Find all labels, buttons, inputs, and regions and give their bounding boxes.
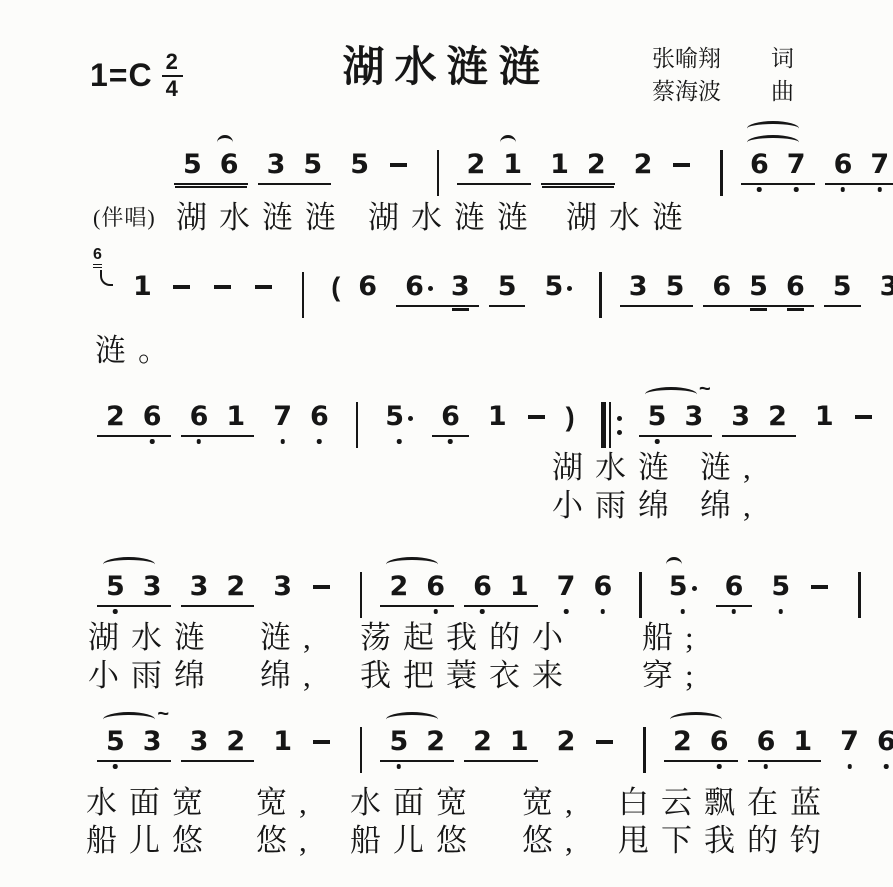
wave-ornament: ~ — [157, 703, 169, 726]
note: 1 — [503, 150, 522, 180]
note: 3 — [684, 402, 703, 432]
note-number: 6 — [190, 401, 209, 432]
note-number: 2 — [426, 726, 445, 757]
note: 5 — [669, 572, 697, 602]
note-number: 3 — [143, 726, 162, 757]
note: 5 — [666, 272, 685, 302]
grace-note-number: 6 — [93, 246, 102, 265]
note: 2 — [768, 402, 787, 432]
beam-group: 35 — [258, 150, 332, 185]
dash-note — [673, 150, 690, 180]
low-octave-dot — [448, 439, 453, 444]
low-octave-dot — [764, 764, 769, 769]
note: 2 — [473, 727, 492, 757]
note: 5 — [833, 272, 852, 302]
slur-arc — [386, 712, 438, 727]
low-octave-dot — [680, 609, 685, 614]
lyric-seg: 涟, — [700, 450, 763, 486]
note-number: 3 — [731, 401, 750, 432]
lyric-seg: 涟, — [260, 620, 323, 656]
note: 6 — [405, 272, 433, 302]
beam-group: 61 — [748, 727, 822, 762]
parenthesis: ( — [331, 272, 340, 302]
note: 7 — [870, 150, 889, 180]
note: 6 — [710, 727, 729, 757]
measure: 266176 — [659, 727, 893, 762]
score-line: 61(663553565653涟。 — [0, 272, 893, 318]
note-number: 1 — [815, 401, 834, 432]
notes-row: 53323266176565 — [88, 572, 893, 618]
note-number: 2 — [226, 726, 245, 757]
lyricist-credit: 张喻翔 词 — [652, 42, 794, 75]
note: 7 — [557, 572, 576, 602]
slur-arc: ~ — [645, 387, 697, 402]
lyric-seg: 宽, — [256, 785, 319, 821]
parenthesis: ) — [566, 402, 575, 432]
extra-underline — [452, 308, 469, 311]
extra-underline — [750, 308, 767, 311]
note-number: 5 — [350, 149, 369, 180]
note-number: 7 — [840, 726, 859, 757]
note: 5 — [498, 272, 517, 302]
note-number: 7 — [557, 571, 576, 602]
lyric-seg: 湖水涟涟 — [176, 200, 348, 236]
beam-group: 21 — [457, 150, 531, 185]
note-number: 7 — [870, 149, 889, 180]
note: 5 — [350, 150, 369, 180]
grace-note-hook — [100, 270, 113, 286]
note-number: 5 — [669, 571, 688, 602]
beam-group: 35 — [620, 272, 694, 307]
note-number: 3 — [190, 571, 209, 602]
barline — [360, 727, 363, 773]
note: 5 — [389, 727, 408, 757]
beam-group: 5 — [376, 402, 422, 435]
slur-arc — [103, 557, 155, 572]
lyric-seg: 穿; — [642, 658, 706, 694]
note-number: 3 — [190, 726, 209, 757]
note: 1 — [815, 402, 834, 432]
note: 3 — [190, 572, 209, 602]
note: 5 — [771, 572, 790, 602]
measure: 565 — [655, 572, 845, 607]
measure: 3565653 — [615, 272, 893, 307]
note-number: 6 — [473, 571, 492, 602]
note: 2 — [426, 727, 445, 757]
low-octave-dot — [397, 439, 402, 444]
note-number: 5 — [544, 271, 563, 302]
key-signature: 1=C 2 4 — [90, 50, 183, 101]
note-number: 3 — [629, 271, 648, 302]
measure: 53321~ — [92, 727, 347, 762]
note: 1 — [793, 727, 812, 757]
barline — [720, 150, 723, 196]
measure: 56355 — [169, 150, 424, 185]
note: 5 — [106, 572, 125, 602]
beam-group: 2 — [548, 727, 626, 760]
barline — [360, 572, 363, 618]
dash-note — [173, 272, 190, 302]
measure: 561) — [371, 402, 588, 437]
barline — [599, 272, 602, 318]
low-octave-dot — [150, 439, 155, 444]
note: 3 — [267, 150, 286, 180]
augmentation-dot — [692, 586, 697, 591]
note-number: 1 — [793, 726, 812, 757]
note: 6 — [358, 272, 377, 302]
note: 1 — [226, 402, 245, 432]
note: 3 — [143, 727, 162, 757]
note: 5 — [749, 272, 768, 302]
low-octave-dot — [717, 764, 722, 769]
beam-group: 56 — [174, 150, 248, 185]
slur-arc — [670, 712, 722, 727]
measure: 1 — [119, 272, 289, 305]
note: 2 — [673, 727, 692, 757]
notes-row: 266176561)53321~ — [88, 402, 893, 448]
note: 3 — [273, 572, 292, 602]
beam-group: 67 — [825, 150, 893, 185]
low-octave-dot — [433, 609, 438, 614]
note: 5 — [544, 272, 572, 302]
note-number: 6 — [710, 726, 729, 757]
note: 5 — [106, 727, 125, 757]
note: 3 — [629, 272, 648, 302]
low-octave-dot — [732, 609, 737, 614]
note-number: 6 — [441, 401, 460, 432]
note: 5 — [385, 402, 413, 432]
note-number: 3 — [273, 571, 292, 602]
barline — [437, 150, 440, 196]
score-line: 53321~52212266176水面宽宽,水面宽宽,白云飘在蓝船儿悠悠,船儿悠… — [0, 727, 893, 773]
beam-group: 6 — [432, 402, 469, 437]
note-number: 2 — [389, 571, 408, 602]
lyric-seg: (伴唱) — [93, 200, 156, 236]
beam-group: 3 — [264, 572, 342, 605]
note-number: 3 — [451, 271, 470, 302]
low-octave-dot — [655, 439, 660, 444]
note-number: 6 — [750, 149, 769, 180]
lyric-seg: 白云飘在蓝 — [618, 785, 833, 821]
beam-group: 67 — [741, 150, 815, 185]
beam-group: 12 — [541, 150, 615, 185]
low-octave-dot — [480, 609, 485, 614]
note-number: 2 — [226, 571, 245, 602]
low-octave-dot — [280, 439, 285, 444]
beam-group: 76 — [548, 572, 622, 605]
low-octave-dot — [564, 609, 569, 614]
augmentation-dot — [408, 416, 413, 421]
lyric-seg: 水面宽 — [86, 785, 215, 821]
note-number: 2 — [473, 726, 492, 757]
note: 1 — [488, 402, 507, 432]
beam-group: 26 — [97, 402, 171, 437]
slur-arc — [747, 135, 799, 150]
note: 6 — [757, 727, 776, 757]
dash-note — [596, 727, 613, 757]
augmentation-dot — [428, 286, 433, 291]
time-signature-denominator: 4 — [162, 77, 183, 101]
barline — [858, 572, 861, 618]
lyricist-name: 张喻翔 — [652, 42, 721, 75]
note: 2 — [634, 150, 653, 180]
note: 6 — [786, 272, 805, 302]
note: 2 — [226, 572, 245, 602]
note: 6 — [190, 402, 209, 432]
lyric-seg: 我把蓑衣来 — [360, 658, 575, 694]
augmentation-dot — [567, 286, 572, 291]
beam-group: 63 — [396, 272, 479, 307]
lyricist-role: 词 — [771, 42, 794, 75]
low-octave-dot — [884, 764, 889, 769]
note: 5 — [183, 150, 202, 180]
note-number: 1 — [503, 149, 522, 180]
dash-note — [255, 272, 272, 302]
note: 5 — [303, 150, 322, 180]
beam-group: 5 — [341, 150, 419, 183]
sheet-music-page: 1=C 2 4 湖水涟涟 张喻翔 词 蔡海波 曲 563552112267677… — [0, 0, 893, 887]
note: 7 — [273, 402, 292, 432]
dash-note — [855, 402, 872, 432]
measure: 6767756 — [736, 150, 893, 185]
note-number: 1 — [226, 401, 245, 432]
note: 6 — [877, 727, 893, 757]
score-line: 53323266176565湖水涟涟,荡起我的小船;小雨绵绵,我把蓑衣来穿; — [0, 572, 893, 618]
note: 2 — [557, 727, 576, 757]
note: 3 — [143, 572, 162, 602]
note-number: 5 — [385, 401, 404, 432]
low-octave-dot — [317, 439, 322, 444]
note: 2 — [226, 727, 245, 757]
note-number: 6 — [143, 401, 162, 432]
note: 6 — [750, 150, 769, 180]
slur-arc — [666, 557, 682, 572]
dash-note — [214, 272, 231, 302]
lyric-seg: 宽, — [522, 785, 585, 821]
note-number: 5 — [648, 401, 667, 432]
low-octave-dot — [601, 609, 606, 614]
note: 3 — [190, 727, 209, 757]
beam-group: 52 — [380, 727, 454, 762]
low-octave-dot — [794, 187, 799, 192]
note-number: 3 — [880, 271, 893, 302]
beam-group: 2 — [625, 150, 703, 183]
note-number: 2 — [587, 149, 606, 180]
note-number: 2 — [466, 149, 485, 180]
note-number: 6 — [405, 271, 424, 302]
extra-underline — [787, 308, 804, 311]
beam-group: 1) — [479, 402, 584, 435]
note-number: 6 — [725, 571, 744, 602]
lyric-seg: 甩下我的钓 — [618, 823, 833, 859]
beam-group: 61 — [181, 402, 255, 437]
note-number: 2 — [673, 726, 692, 757]
note-number: 5 — [106, 571, 125, 602]
slur-arc: ~ — [103, 712, 155, 727]
note: 7 — [787, 150, 806, 180]
beam-group: 53 — [97, 727, 171, 762]
note-number: 5 — [771, 571, 790, 602]
note-number: 6 — [220, 149, 239, 180]
beam-group: 61 — [464, 572, 538, 607]
low-octave-dot — [113, 764, 118, 769]
wave-ornament: ~ — [699, 378, 711, 401]
lyric-seg: 湖水涟 — [552, 450, 681, 486]
slur-arc — [386, 557, 438, 572]
measure: 21122 — [452, 150, 707, 185]
lyric-seg: 船; — [642, 620, 706, 656]
lyric-seg: 小雨绵 — [88, 658, 217, 694]
composer-credit: 蔡海波 曲 — [652, 75, 794, 108]
repeat-sign — [601, 402, 622, 448]
note-number: 2 — [106, 401, 125, 432]
note-number: 3 — [684, 401, 703, 432]
note-number: 2 — [768, 401, 787, 432]
note: 3 — [731, 402, 750, 432]
note: 6 — [143, 402, 162, 432]
note: 6 — [310, 402, 329, 432]
song-title: 湖水涟涟 — [342, 34, 550, 94]
key-label: 1=C — [90, 57, 153, 94]
beam-group: 26 — [380, 572, 454, 607]
beam-group: 21 — [464, 727, 538, 762]
note: 6 — [473, 572, 492, 602]
note: 1 — [510, 727, 529, 757]
note-number: 2 — [634, 149, 653, 180]
note-number: 1 — [133, 271, 152, 302]
lyric-seg: 湖水涟涟 — [368, 200, 540, 236]
note-number: 6 — [310, 401, 329, 432]
lyric-seg: 悠, — [522, 823, 585, 859]
note-number: 5 — [303, 149, 322, 180]
note-number: 3 — [267, 149, 286, 180]
note-number: 5 — [833, 271, 852, 302]
low-octave-dot — [197, 439, 202, 444]
beam-group: 32 — [181, 727, 255, 762]
beam-group: 1 — [806, 402, 884, 435]
beam-group: 26 — [664, 727, 738, 762]
score-line: 266176561)53321~湖水涟涟,小雨绵绵, — [0, 402, 893, 448]
grace-note: 6 — [93, 246, 102, 268]
measure: 53321~ — [634, 402, 889, 437]
lyric-seg: 绵, — [700, 488, 763, 524]
note-number: 5 — [749, 271, 768, 302]
note-number: 3 — [143, 571, 162, 602]
note-number: 5 — [106, 726, 125, 757]
lyric-seg: 船儿悠 — [86, 823, 215, 859]
measure: (66355 — [317, 272, 586, 307]
grace-note-beam — [93, 267, 102, 269]
lyric-seg: 湖水涟 — [88, 620, 217, 656]
barline — [643, 727, 646, 773]
lyric-seg: 船儿悠 — [350, 823, 479, 859]
note: 2 — [106, 402, 125, 432]
beam-group: 53 — [639, 402, 713, 437]
note: 1 — [273, 727, 292, 757]
note: 6 — [220, 150, 239, 180]
barline — [639, 572, 642, 618]
measure: 53323 — [92, 572, 347, 607]
low-octave-dot — [779, 609, 784, 614]
note: 2 — [466, 150, 485, 180]
lyric-seg: 水面宽 — [350, 785, 479, 821]
note-number: 5 — [183, 149, 202, 180]
beam-group: (6 — [322, 272, 386, 305]
note-number: 6 — [757, 726, 776, 757]
notes-row: 1(663553565653 — [115, 272, 893, 318]
measure: 266176 — [92, 402, 343, 437]
beam-group: 5 — [489, 272, 526, 307]
note-number: 6 — [426, 571, 445, 602]
low-octave-dot — [847, 764, 852, 769]
note: 6 — [426, 572, 445, 602]
note: 6 — [712, 272, 731, 302]
note-number: 5 — [389, 726, 408, 757]
lyric-seg: 悠, — [256, 823, 319, 859]
beam-group: 5 — [762, 572, 840, 605]
note: 1 — [550, 150, 569, 180]
lyric-seg: 荡起我的小 — [360, 620, 575, 656]
barline — [356, 402, 359, 448]
note-number: 5 — [498, 271, 517, 302]
note: 5 — [648, 402, 667, 432]
low-octave-dot — [757, 187, 762, 192]
beam-group: 76 — [264, 402, 338, 435]
note-number: 6 — [358, 271, 377, 302]
note-number: 1 — [273, 726, 292, 757]
time-signature-numerator: 2 — [162, 50, 183, 77]
measure: 52212 — [375, 727, 630, 762]
note: 6 — [725, 572, 744, 602]
note: 3 — [451, 272, 470, 302]
beam-group: 5 — [535, 272, 581, 305]
note-number: 6 — [712, 271, 731, 302]
dash-note — [313, 572, 330, 602]
note-number: 6 — [593, 571, 612, 602]
note: 3 — [880, 272, 893, 302]
lyric-seg: 小雨绵 — [552, 488, 681, 524]
notes-row: 53321~52212266176 — [88, 727, 893, 773]
notes-row: 56355211226767756 — [165, 150, 893, 196]
composer-name: 蔡海波 — [652, 75, 721, 108]
note: 6 — [441, 402, 460, 432]
low-octave-dot — [113, 609, 118, 614]
note-number: 6 — [834, 149, 853, 180]
note-number: 1 — [510, 726, 529, 757]
dash-note — [313, 727, 330, 757]
lyric-seg: 涟。 — [95, 333, 181, 369]
beam-group: 76 — [831, 727, 893, 760]
slur-arc — [500, 135, 516, 150]
low-octave-dot — [397, 764, 402, 769]
beam-group: 5 — [824, 272, 861, 307]
note: 7 — [840, 727, 859, 757]
slur-arc — [217, 135, 233, 150]
beam-group: 5 — [660, 572, 706, 605]
beam-group: 6 — [716, 572, 753, 607]
beam-group: 1 — [264, 727, 342, 760]
note: 6 — [593, 572, 612, 602]
beam-group: 3 — [871, 272, 893, 305]
note: 6 — [834, 150, 853, 180]
beam-group: 1 — [124, 272, 284, 305]
note: 2 — [587, 150, 606, 180]
dash-note — [528, 402, 545, 432]
note-number: 7 — [273, 401, 292, 432]
beam-group: 53 — [97, 572, 171, 607]
note-number: 6 — [786, 271, 805, 302]
beam-group: 656 — [703, 272, 813, 307]
